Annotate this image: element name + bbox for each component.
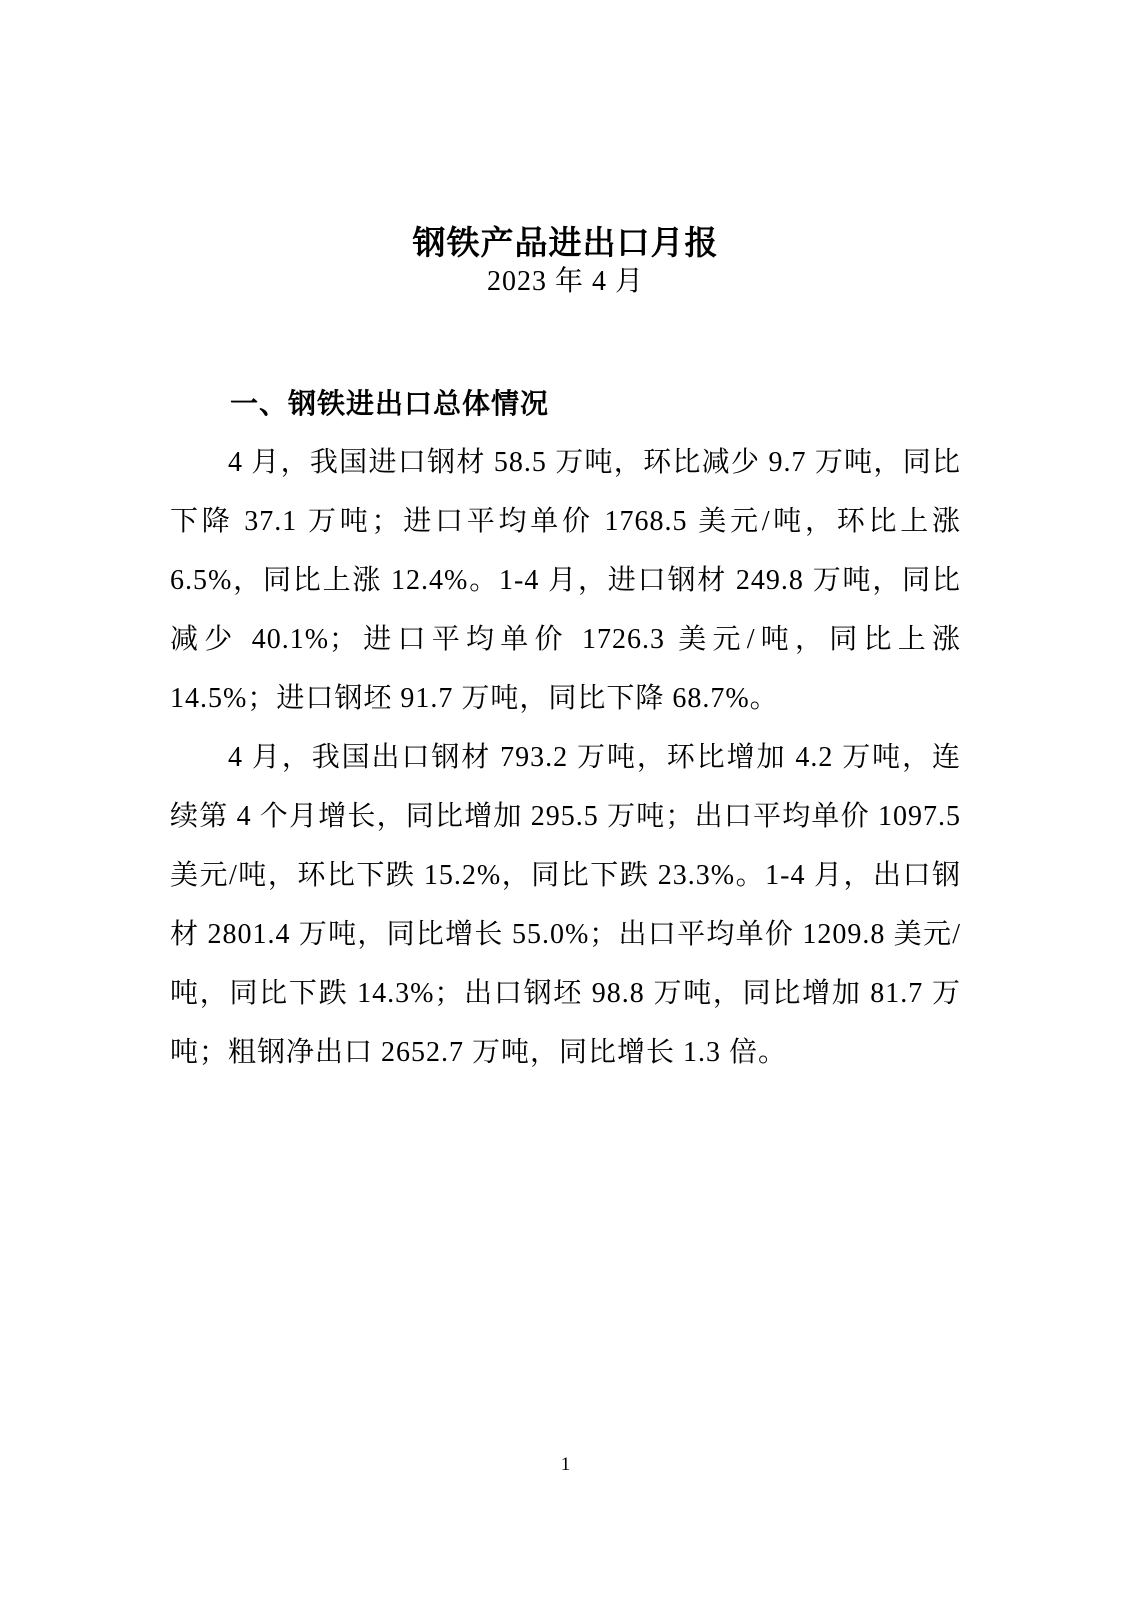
paragraph-imports: 4 月，我国进口钢材 58.5 万吨，环比减少 9.7 万吨，同比下降 37.1…	[170, 433, 961, 728]
document-title: 钢铁产品进出口月报	[0, 220, 1131, 268]
paragraph-exports: 4 月，我国出口钢材 793.2 万吨，环比增加 4.2 万吨，连续第 4 个月…	[170, 728, 961, 1082]
page-number: 1	[0, 1452, 1131, 1478]
document-page: 钢铁产品进出口月报 2023 年 4 月 一、钢铁进出口总体情况 4 月，我国进…	[0, 0, 1131, 1600]
document-body: 一、钢铁进出口总体情况 4 月，我国进口钢材 58.5 万吨，环比减少 9.7 …	[170, 374, 961, 1082]
section-heading: 一、钢铁进出口总体情况	[170, 374, 961, 433]
document-subtitle: 2023 年 4 月	[0, 262, 1131, 302]
